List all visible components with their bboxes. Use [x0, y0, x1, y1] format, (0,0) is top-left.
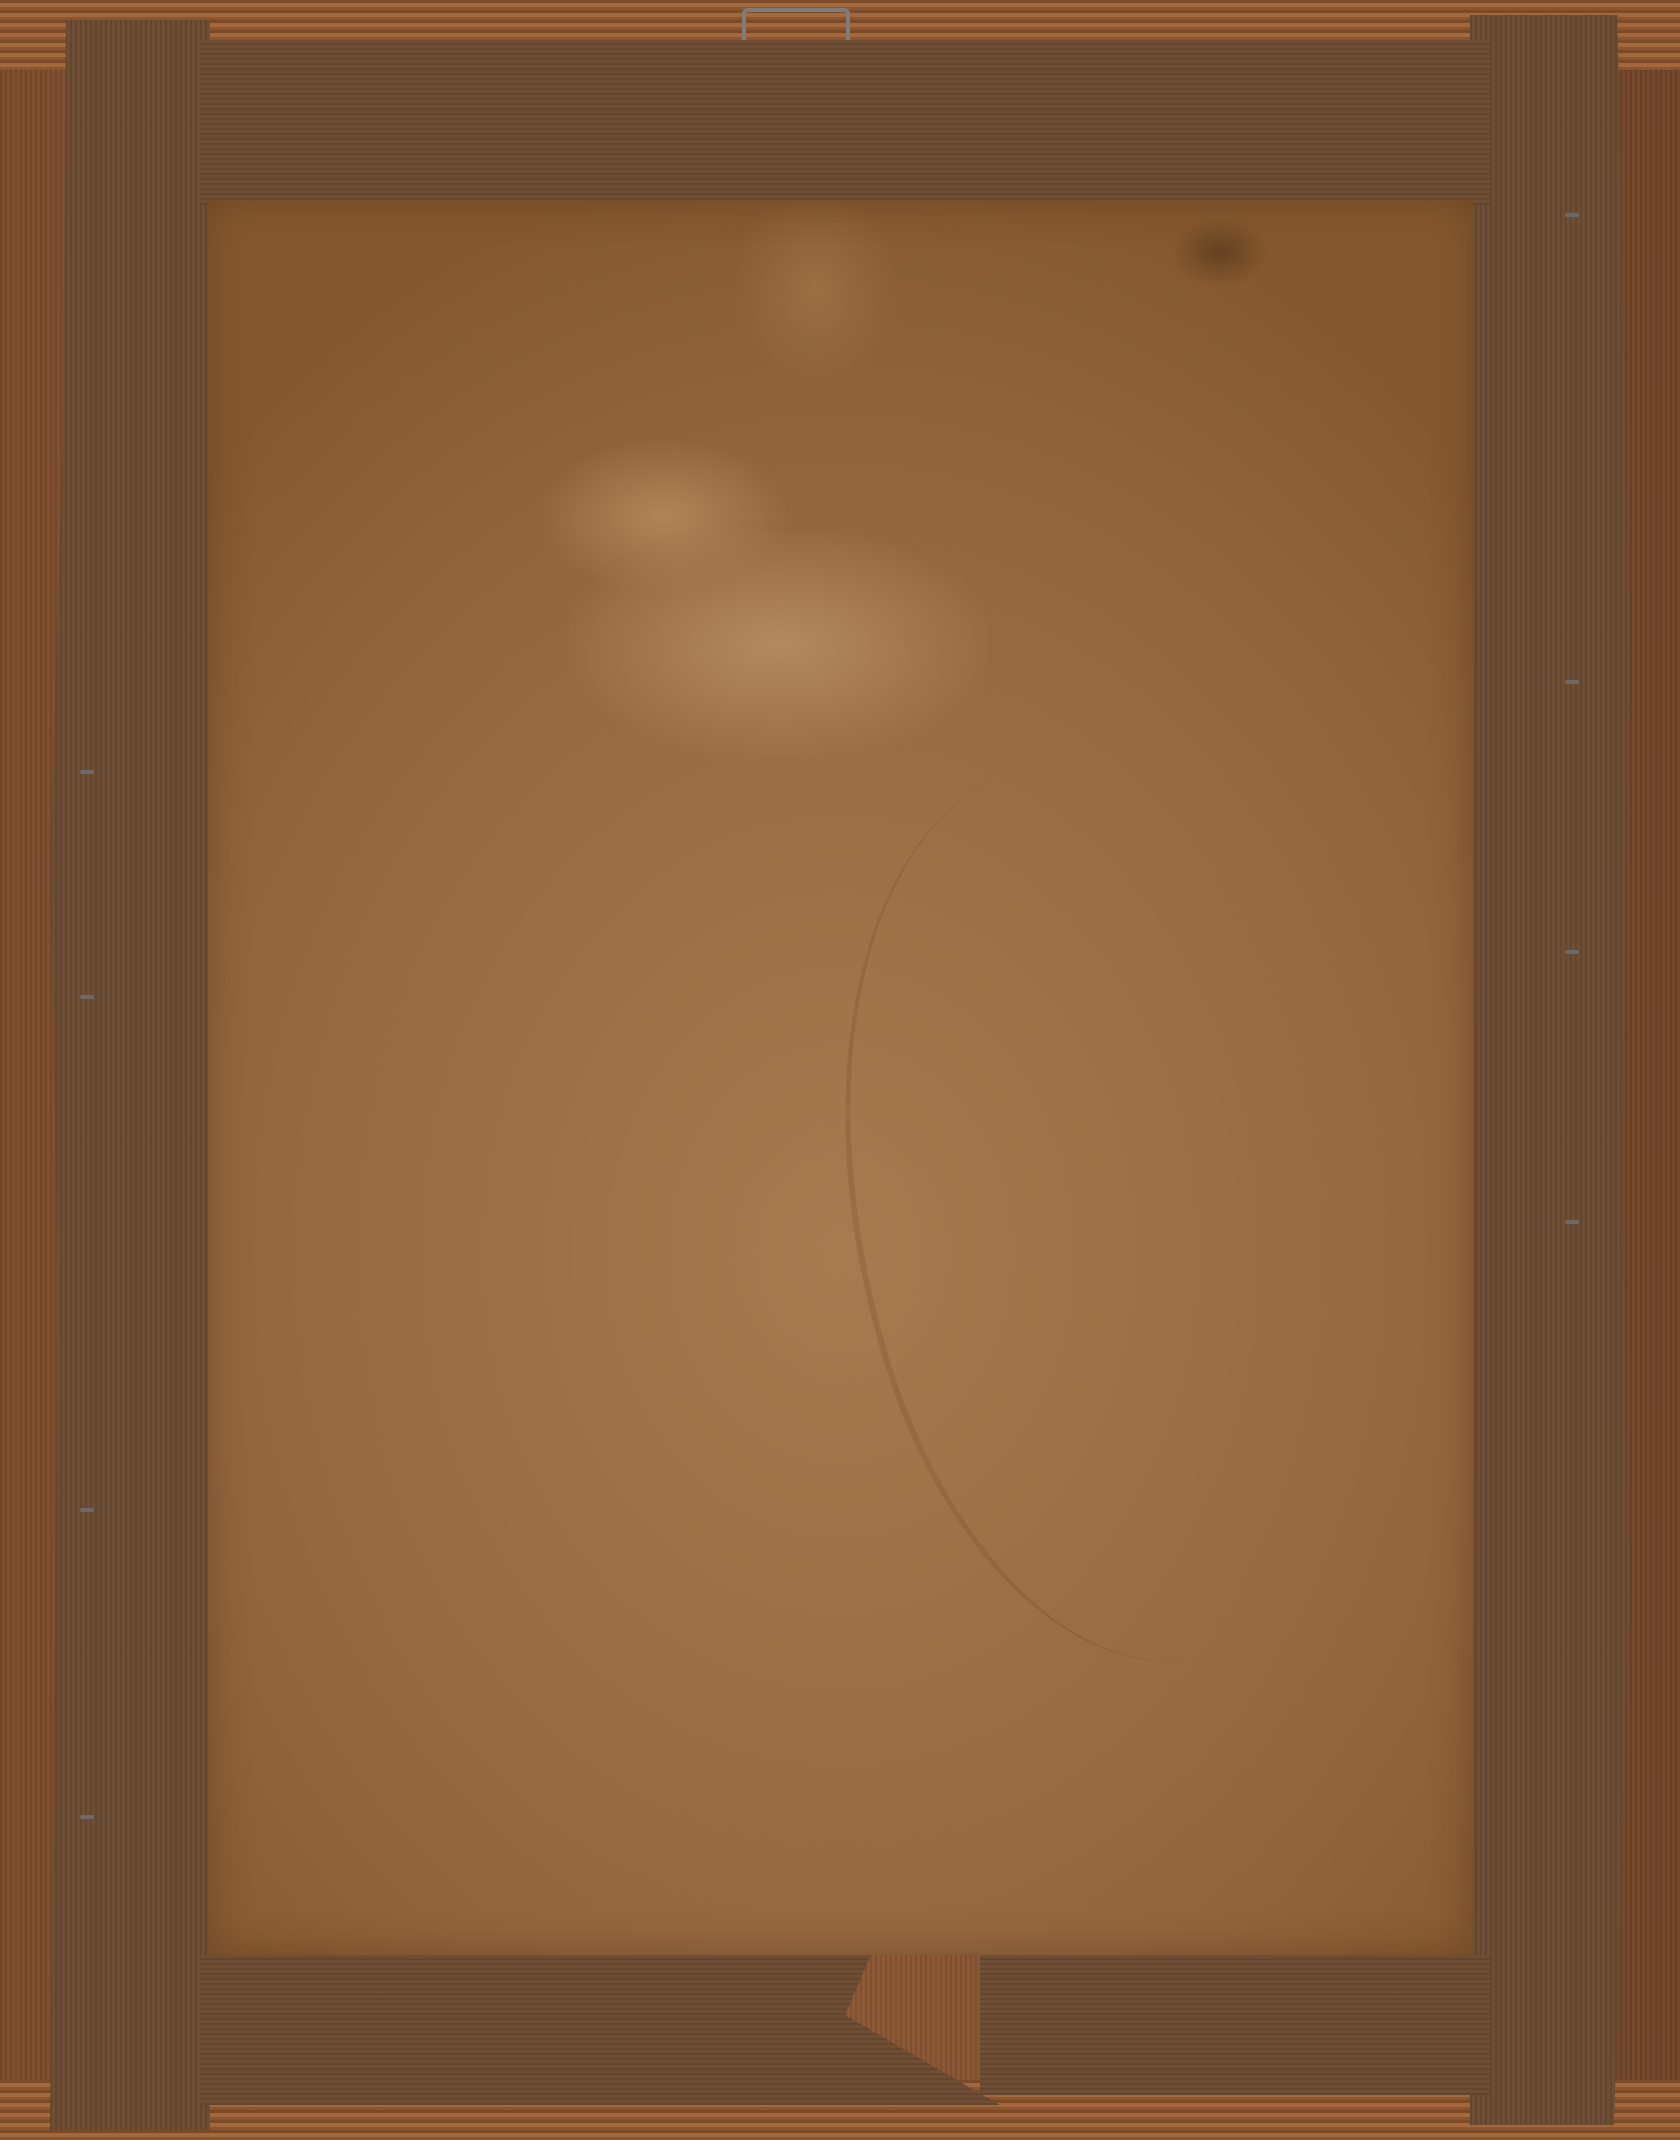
top-paper-tape	[200, 40, 1490, 205]
nail-icon	[80, 1815, 94, 1819]
water-stain	[722, 701, 1500, 1719]
faded-label-residue	[568, 530, 988, 760]
bottom-paper-tape-right	[980, 1955, 1490, 2095]
picture-frame-back	[0, 0, 1680, 2140]
nail-icon	[80, 995, 94, 999]
nail-icon	[1565, 213, 1579, 217]
nail-icon	[80, 770, 94, 774]
nail-icon	[1565, 680, 1579, 684]
hanging-hook-icon	[742, 8, 850, 40]
backing-board	[208, 200, 1473, 1955]
right-paper-tape	[1470, 15, 1630, 2125]
nail-icon	[80, 1508, 94, 1512]
left-paper-tape	[50, 20, 210, 2130]
nail-icon	[1565, 950, 1579, 954]
nail-icon	[1565, 1220, 1579, 1224]
